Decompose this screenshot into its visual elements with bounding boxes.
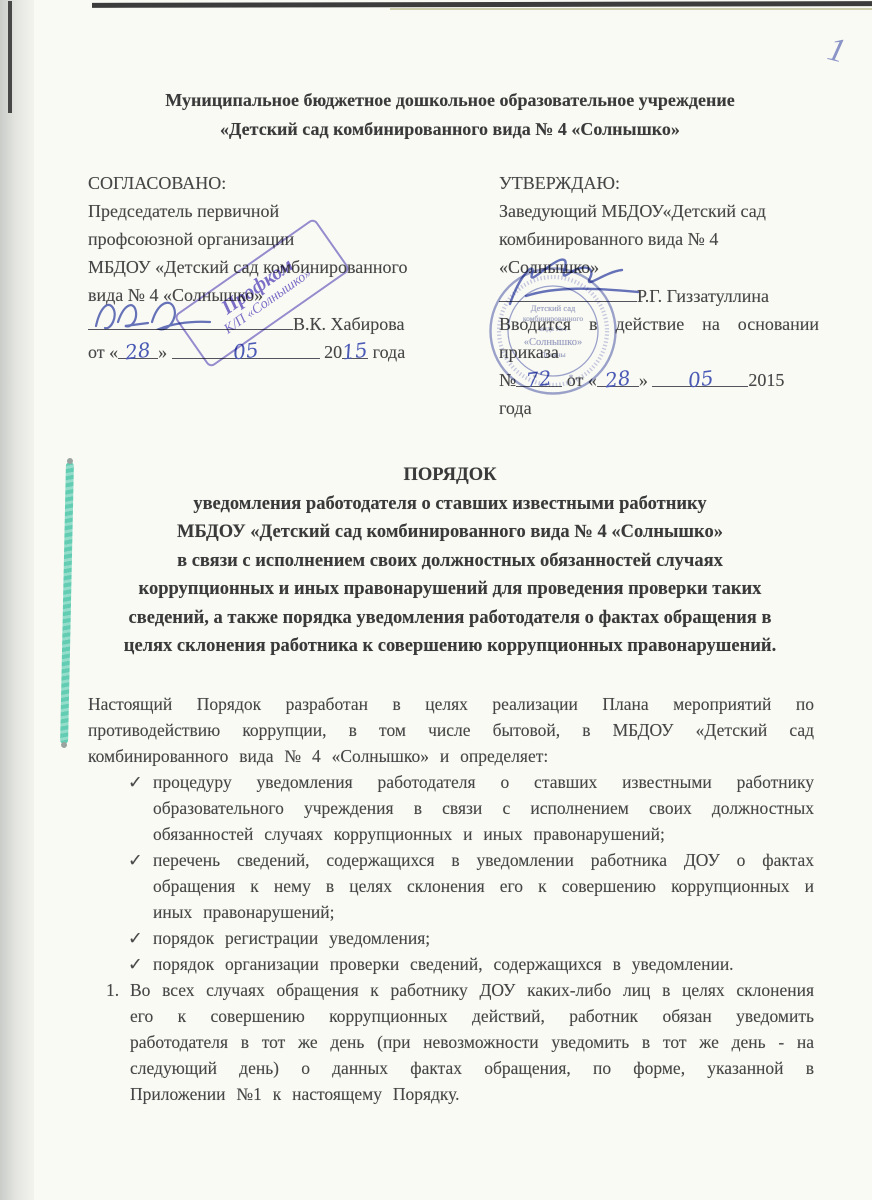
- check-list-item-2: ✓ перечень сведений, содержащихся в увед…: [128, 847, 814, 925]
- order-quote-close: »: [639, 370, 648, 390]
- intro-paragraph: Настоящий Порядок разработан в целях реа…: [88, 691, 814, 769]
- agreed-date-suffix: года: [373, 342, 406, 362]
- document-body: Настоящий Порядок разработан в целях реа…: [88, 691, 814, 1107]
- seal-center-line-4: «Солнышко»: [524, 337, 582, 348]
- agreed-signee-name: В.К. Хабирова: [293, 314, 405, 334]
- agreed-date-year-handwritten: 15: [341, 341, 368, 362]
- check-bullet-icon: ✓: [128, 769, 153, 847]
- check-bullet-icon: ✓: [128, 925, 153, 951]
- order-month-handwritten: 05: [687, 369, 714, 390]
- binding-thread: [60, 462, 74, 744]
- doc-title-heading: ПОРЯДОК: [78, 461, 822, 490]
- check-bullet-icon: ✓: [128, 847, 153, 925]
- agreed-title: СОГЛАСОВАНО:: [88, 169, 482, 197]
- approved-title: УТВЕРЖДАЮ:: [499, 169, 819, 197]
- numbered-item-1-text: Во всех случаях обращения к работнику ДО…: [130, 977, 814, 1107]
- seal-star-right: *: [569, 373, 574, 383]
- numbered-item-1-number: 1.: [106, 977, 130, 1107]
- agreed-date-day-handwritten: 28: [124, 341, 151, 362]
- check-list-item-2-text: перечень сведений, содержащихся в уведом…: [153, 847, 814, 925]
- scan-left-edge-line: [8, 1, 12, 113]
- agreed-date-day-blank: 28: [118, 338, 158, 359]
- scan-top-edge-line: [92, 1, 872, 8]
- header-line-2: «Детский сад комбинированного вида № 4 «…: [80, 115, 820, 144]
- check-list-item-4: ✓ порядок организации проверки сведений,…: [128, 951, 814, 977]
- approved-line-1: Заведующий МБДОУ«Детский сад: [499, 197, 819, 225]
- check-list-item-1-text: процедуру уведомления работодателя о ста…: [153, 769, 814, 847]
- seal-center-line-5: Поляны: [540, 350, 565, 359]
- check-list-item-3: ✓ порядок регистрации уведомления;: [128, 925, 814, 951]
- check-bullet-icon: ✓: [128, 951, 153, 977]
- document-header: Муниципальное бюджетное дошкольное образ…: [80, 86, 820, 144]
- seal-center-line-3: вида №4: [539, 324, 567, 333]
- seal-center-line-2: комбинированного: [523, 314, 583, 323]
- numbered-item-1: 1. Во всех случаях обращения к работнику…: [106, 977, 814, 1107]
- scan-top-edge-line-2: [390, 8, 872, 10]
- agreed-date-from-label: от «: [88, 342, 118, 362]
- check-list-item-4-text: порядок организации проверки сведений, с…: [153, 951, 814, 977]
- document-title-block: ПОРЯДОК уведомления работодателя о ставш…: [78, 461, 822, 661]
- agreed-date-quote-close: »: [158, 342, 167, 362]
- scanner-left-margin: [0, 0, 34, 1200]
- scanned-document-page: 1 Муниципальное бюджетное дошкольное обр…: [0, 0, 872, 1200]
- doc-title-line-4: коррупционных и иных правонарушений для …: [78, 575, 822, 604]
- round-seal-stamp: Детский сад комбинированного вида №4 «Со…: [487, 265, 619, 397]
- doc-title-line-1: уведомления работодателя о ставших извес…: [78, 490, 822, 519]
- doc-title-line-6: целях склонения работника к совершению к…: [78, 632, 822, 661]
- agreed-date-row: от «28» 05 2015 года: [88, 338, 482, 366]
- seal-star-left: *: [533, 373, 538, 383]
- handwritten-page-number: 1: [824, 32, 849, 69]
- doc-title-line-3: в связи с исполнением своих должностных …: [78, 547, 822, 576]
- order-month-blank: 05: [652, 366, 748, 387]
- doc-title-line-5: сведений, а также порядка уведомления ра…: [78, 604, 822, 633]
- seal-center-line-1: Детский сад: [531, 303, 576, 313]
- check-list-item-3-text: порядок регистрации уведомления;: [153, 925, 814, 951]
- check-list-item-1: ✓ процедуру уведомления работодателя о с…: [128, 769, 814, 847]
- approved-signee-name: Р.Г. Гиззатуллина: [637, 286, 769, 306]
- agreed-date-year-printed: 20: [324, 342, 342, 362]
- agreed-date-year-blank: 15: [342, 338, 368, 359]
- agreed-line-1: Председатель первичной: [88, 197, 482, 225]
- header-line-1: Муниципальное бюджетное дошкольное образ…: [80, 86, 820, 115]
- doc-title-line-2: МБДОУ «Детский сад комбинированного вида…: [78, 518, 822, 547]
